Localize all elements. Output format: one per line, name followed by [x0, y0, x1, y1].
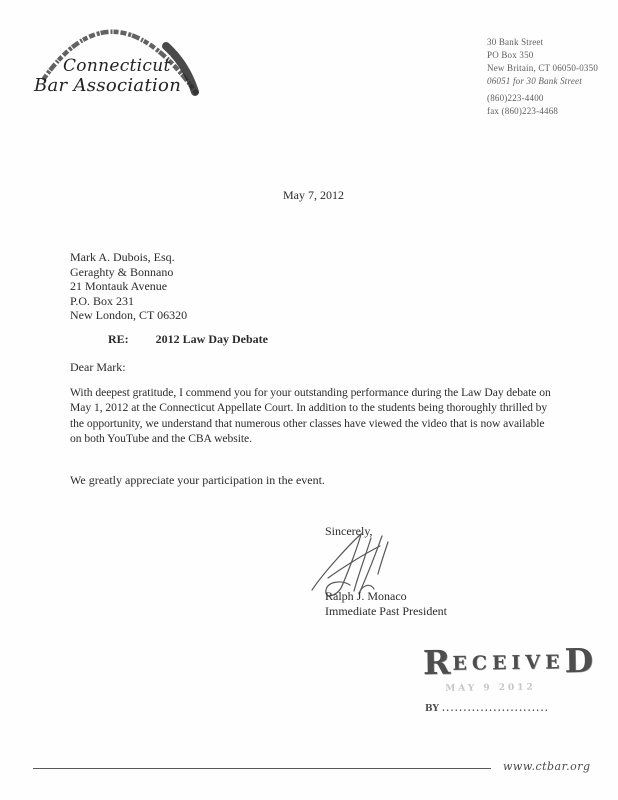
received-stamp-word: RECEIVED	[423, 641, 594, 682]
received-stamp: RECEIVED MAY 9 2012	[423, 641, 594, 694]
stamp-dotted-line: .........................	[442, 703, 549, 713]
phone-number: (860)223-4400	[487, 92, 558, 105]
re-subject: 2012 Law Day Debate	[156, 332, 268, 346]
stamp-date: MAY 9 2012	[445, 682, 593, 694]
footer-rule	[33, 768, 491, 769]
salutation: Dear Mark:	[70, 360, 126, 375]
stamp-letter-r: R	[423, 643, 453, 682]
letterhead-phones: (860)223-4400 fax (860)223-4468	[487, 92, 558, 118]
logo-text-line2: Bar Association	[34, 75, 181, 96]
fax-number: fax (860)223-4468	[487, 105, 558, 118]
logo-text-line1: Connecticut	[63, 56, 171, 76]
address-line: New Britain, CT 06050-0350	[487, 62, 598, 75]
body-paragraph-1: With deepest gratitude, I commend you fo…	[70, 385, 551, 447]
body-line: on both YouTube and the CBA website.	[70, 431, 551, 446]
re-line: RE: 2012 Law Day Debate	[108, 332, 268, 347]
letter-date: May 7, 2012	[283, 188, 344, 203]
recipient-line: 21 Montauk Avenue	[70, 279, 187, 294]
letterhead-address: 30 Bank Street PO Box 350 New Britain, C…	[487, 36, 598, 88]
recipient-line: Mark A. Dubois, Esq.	[70, 250, 187, 265]
scanned-letter-page: Connecticut Bar Association 30 Bank Stre…	[0, 0, 618, 800]
address-line: 30 Bank Street	[487, 36, 598, 49]
stamp-middle-letters: ECEIVE	[452, 651, 564, 675]
signer-title: Immediate Past President	[325, 604, 447, 619]
body-line: With deepest gratitude, I commend you fo…	[70, 385, 551, 400]
body-paragraph-2: We greatly appreciate your participation…	[70, 473, 325, 488]
stamp-by-label: BY	[425, 704, 439, 714]
recipient-address: Mark A. Dubois, Esq. Geraghty & Bonnano …	[70, 250, 187, 323]
address-line: PO Box 350	[487, 49, 598, 62]
cba-logo: Connecticut Bar Association	[28, 22, 218, 112]
footer-website: www.ctbar.org	[503, 760, 591, 773]
re-label: RE:	[108, 332, 129, 346]
signer-name: Ralph J. Monaco	[325, 589, 407, 604]
recipient-line: P.O. Box 231	[70, 294, 187, 309]
body-line: the opportunity, we understand that nume…	[70, 416, 551, 431]
address-note: 06051 for 30 Bank Street	[487, 75, 598, 88]
recipient-line: Geraghty & Bonnano	[70, 265, 187, 280]
body-line: May 1, 2012 at the Connecticut Appellate…	[70, 400, 551, 415]
stamp-letter-d: D	[564, 641, 595, 680]
recipient-line: New London, CT 06320	[70, 308, 187, 323]
stamp-by-line: BY .........................	[425, 703, 549, 714]
